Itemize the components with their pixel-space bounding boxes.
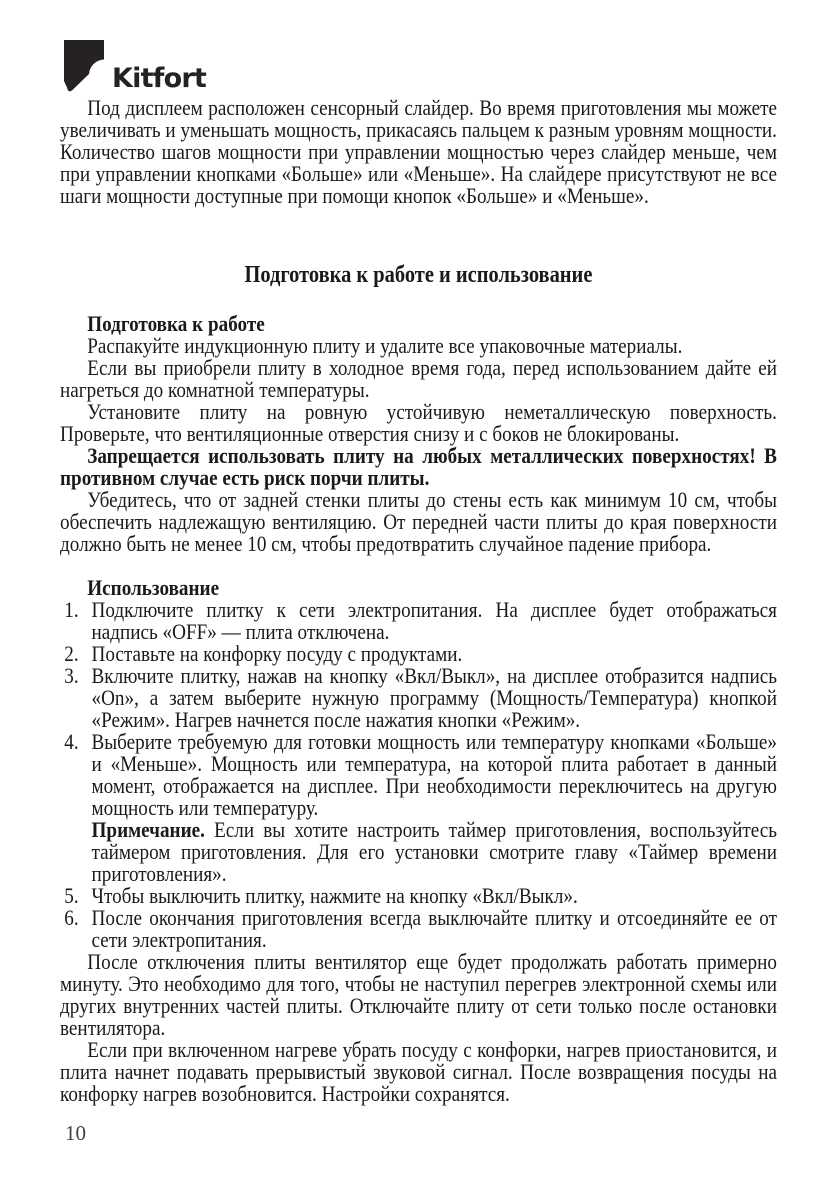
preparation-heading: Подготовка к работе (60, 313, 777, 335)
closing-paragraph: Если при включенном нагреве убрать посуд… (60, 1039, 777, 1105)
usage-step: 6. После окончания приготовления всегда … (60, 907, 777, 951)
step-text: После окончания приготовления всегда вык… (92, 905, 777, 952)
usage-step: 3. Включите плитку, нажав на кнопку «Вкл… (60, 665, 777, 731)
step-number: 6. (64, 907, 78, 929)
kitfort-flag-icon (64, 40, 104, 93)
usage-steps-list: 1. Подключите плитку к сети электропитан… (60, 599, 777, 951)
usage-heading: Использование (60, 577, 777, 599)
preparation-paragraph: Распакуйте индукционную плиту и удалите … (60, 335, 777, 357)
step-number: 4. (64, 731, 78, 753)
usage-step: 1. Подключите плитку к сети электропитан… (60, 599, 777, 643)
usage-step: 2. Поставьте на конфорку посуду с продук… (60, 643, 777, 665)
usage-step: 5. Чтобы выключить плитку, нажмите на кн… (60, 885, 777, 907)
step-number: 1. (64, 599, 78, 621)
step-number: 3. (64, 665, 78, 687)
usage-step: 4. Выберите требуемую для готовки мощнос… (60, 731, 777, 885)
page-number: 10 (65, 1121, 86, 1146)
preparation-paragraph: Если вы приобрели плиту в холодное время… (60, 357, 777, 401)
section-title: Подготовка к работе и использование (60, 261, 777, 289)
step-note: Примечание. Если вы хотите настроить тай… (92, 819, 777, 885)
step-text: Подключите плитку к сети электропитания.… (92, 597, 777, 644)
warning-paragraph: Запрещается использовать плиту на любых … (60, 445, 777, 489)
page-body: Kitfort Под дисплеем расположен сенсорны… (0, 0, 838, 1105)
step-number: 5. (64, 885, 78, 907)
step-text: Выберите требуемую для готовки мощность … (92, 729, 777, 820)
brand-wordmark: Kitfort (112, 65, 206, 92)
step-text: Включите плитку, нажав на кнопку «Вкл/Вы… (92, 663, 777, 732)
kitfort-logo: Kitfort (64, 40, 838, 93)
intro-paragraph: Под дисплеем расположен сенсорный слайде… (60, 97, 777, 207)
manual-page: { "colors": { "page_bg": "#ffffff", "tex… (0, 0, 838, 1189)
closing-paragraph: После отключения плиты вентилятор еще бу… (60, 951, 777, 1039)
preparation-paragraph: Установите плиту на ровную устойчивую не… (60, 401, 777, 445)
step-number: 2. (64, 643, 78, 665)
text-column: Под дисплеем расположен сенсорный слайде… (60, 97, 777, 1105)
preparation-paragraph: Убедитесь, что от задней стенки плиты до… (60, 489, 777, 555)
